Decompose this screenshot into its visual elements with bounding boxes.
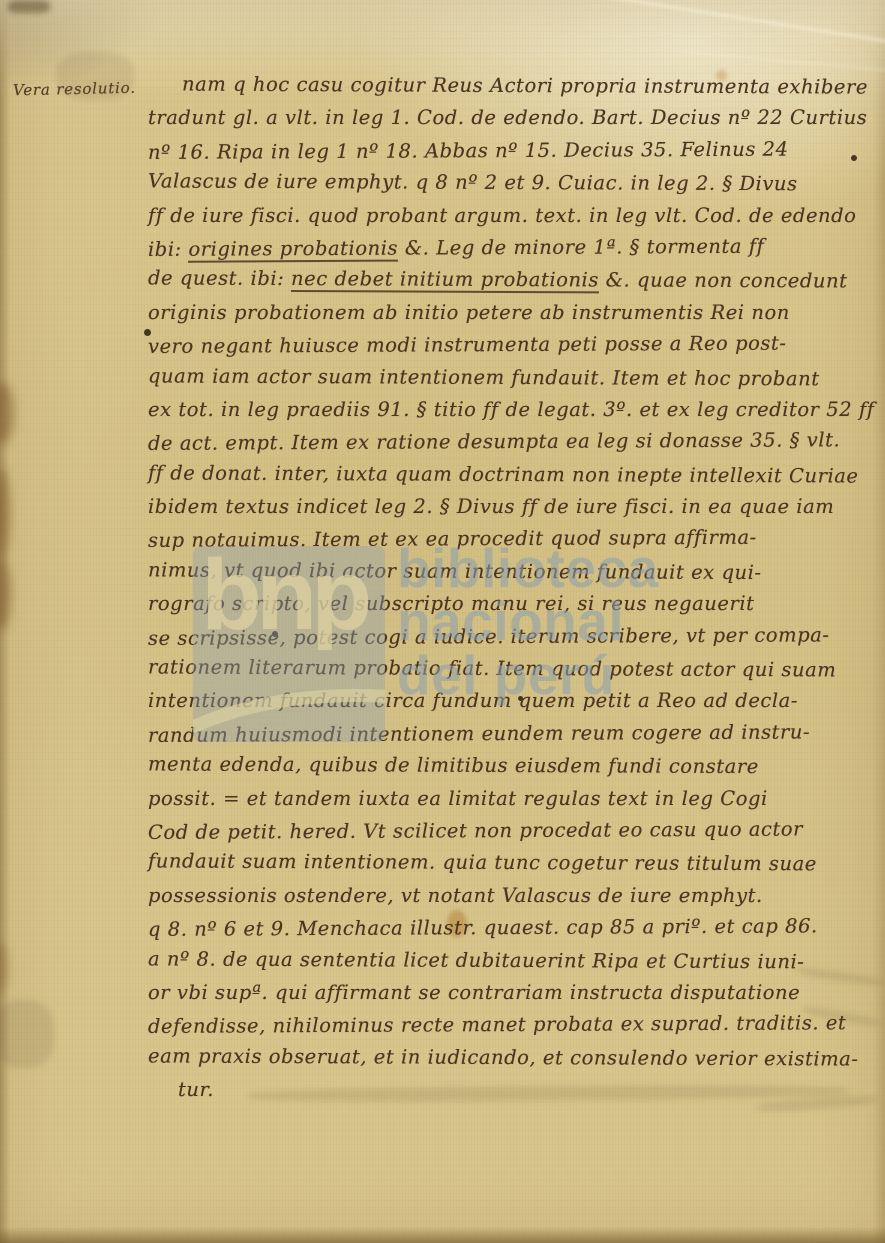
manuscript-line: sup notauimus. Item et ex ea procedit qu… xyxy=(148,526,876,562)
showthrough-smudge xyxy=(0,1000,54,1068)
manuscript-line: a nº 8. de qua sententia licet dubitauer… xyxy=(148,947,876,983)
manuscript-line: ff de donat. inter, iuxta quam doctrinam… xyxy=(148,461,876,497)
manuscript-line: eam praxis obseruat, et in iudicando, et… xyxy=(148,1044,876,1080)
manuscript-page: Vera resolutio. nam q hoc casu cogitur R… xyxy=(0,0,885,1243)
crease-highlight xyxy=(680,51,885,71)
manuscript-line: intentionem fundauit circa fundum quem p… xyxy=(148,689,876,721)
manuscript-line: ibidem textus indicet leg 2. § Divus ff … xyxy=(148,495,876,527)
manuscript-line: defendisse, nihilominus recte manet prob… xyxy=(148,1011,876,1047)
crease-highlight xyxy=(562,0,885,43)
edge-stain xyxy=(0,468,10,560)
pagenumber-showthrough-smudge xyxy=(8,0,50,13)
manuscript-line: Cod de petit. hered. Vt scilicet non pro… xyxy=(148,817,876,853)
manuscript-line: Valascus de iure emphyt. q 8 nº 2 et 9. … xyxy=(148,170,876,206)
manuscript-line: rationem literarum probatio fiat. Item q… xyxy=(148,655,876,691)
manuscript-line: ff de iure fisci. quod probant argum. te… xyxy=(148,204,876,236)
manuscript-line: se scripsisse, potest cogi a iudice. ite… xyxy=(148,623,876,659)
manuscript-line: ibi: origines probationis &. Leg de mino… xyxy=(148,234,876,270)
manuscript-line: vero negant huiusce modi instrumenta pet… xyxy=(148,331,876,367)
manuscript-line: de quest. ibi: nec debet initium probati… xyxy=(148,267,876,303)
manuscript-line: nam q hoc casu cogitur Reus Actori propr… xyxy=(148,72,876,108)
manuscript-line: nº 16. Ripa in leg 1 nº 18. Abbas nº 15.… xyxy=(148,137,876,173)
manuscript-line: possit. = et tandem iuxta ea limitat reg… xyxy=(148,787,876,819)
manuscript-line: de act. empt. Item ex ratione desumpta e… xyxy=(148,428,876,464)
manuscript-text-block: nam q hoc casu cogitur Reus Actori propr… xyxy=(148,74,876,1111)
manuscript-line: nimus, vt quod ibi actor suam intentione… xyxy=(148,558,876,594)
manuscript-line: ex tot. in leg praediis 91. § titio ff d… xyxy=(148,398,876,430)
manuscript-line: quam iam actor suam intentionem fundauit… xyxy=(148,364,876,400)
margin-note-vera-resolutio: Vera resolutio. xyxy=(13,79,136,100)
manuscript-line: originis probationem ab initio petere ab… xyxy=(148,301,876,333)
manuscript-line: menta edenda, quibus de limitibus eiusde… xyxy=(148,753,876,789)
manuscript-line: rografo scripto, vel subscripto manu rei… xyxy=(148,592,876,624)
manuscript-line: q 8. nº 6 et 9. Menchaca illustr. quaest… xyxy=(148,914,876,950)
manuscript-line: or vbi supª. qui affirmant se contrariam… xyxy=(148,981,876,1013)
manuscript-line: tur. xyxy=(148,1078,876,1110)
edge-stain xyxy=(0,942,8,992)
manuscript-line: possessionis ostendere, vt notant Valasc… xyxy=(148,884,876,916)
manuscript-line: randum huiusmodi intentionem eundem reum… xyxy=(148,720,876,756)
edge-stain xyxy=(0,558,11,630)
manuscript-line: tradunt gl. a vlt. in leg 1. Cod. de ede… xyxy=(148,106,876,138)
edge-stain xyxy=(0,382,14,444)
manuscript-line: fundauit suam intentionem. quia tunc cog… xyxy=(148,850,876,886)
